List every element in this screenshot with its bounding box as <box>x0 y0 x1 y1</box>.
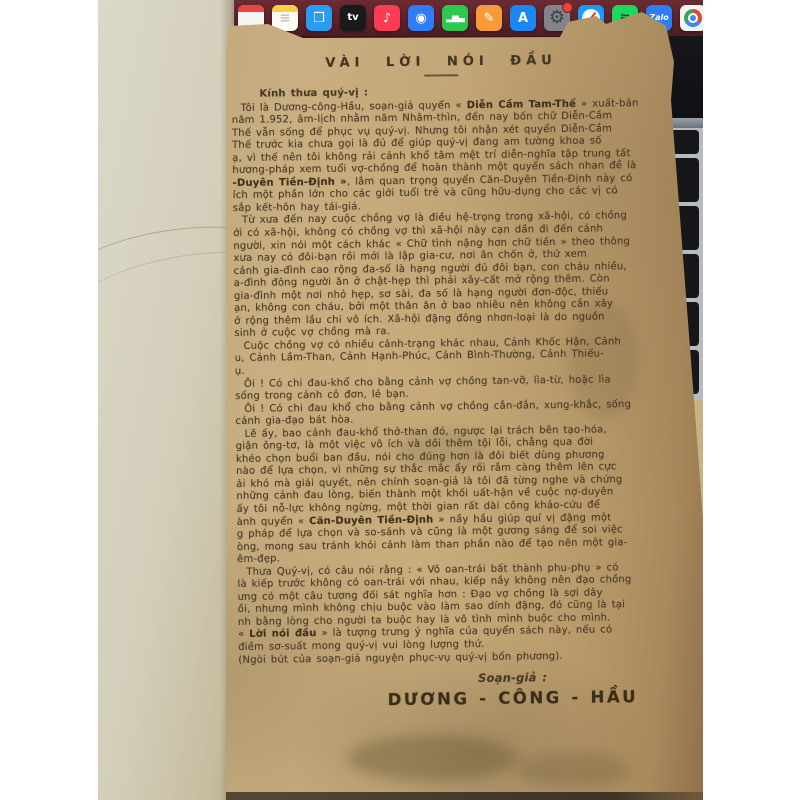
appletv-icon[interactable]: tv <box>340 5 366 31</box>
pages-icon-glyph: ✎ <box>484 12 495 25</box>
paragraph: Từ xưa đến nay cuộc chồng vợ là điều hệ-… <box>233 210 655 341</box>
author-name: DƯƠNG - CÔNG - HẦU <box>373 687 653 709</box>
appstore-icon-glyph: A <box>518 12 528 25</box>
photo-canvas: ≡❒tv♪◉▂▅▃✎A⚙≋Zalo + = <box>0 0 800 800</box>
title-divider <box>424 74 458 76</box>
paragraph: Tôi là Dương-công-Hầu, soạn-giả quyển « … <box>232 97 653 215</box>
paper-stain <box>518 752 628 788</box>
paper-stain <box>348 735 518 781</box>
pages-icon[interactable]: ✎ <box>476 5 502 31</box>
notes-icon-glyph: ≡ <box>280 12 291 25</box>
book-photo: ≡❒tv♪◉▂▅▃✎A⚙≋Zalo + = <box>98 0 703 800</box>
music-icon-glyph: ♪ <box>383 12 391 25</box>
page-title: VÀI LỜI NÓI ĐẦU <box>231 51 651 74</box>
numbers-icon-glyph: ▂▅▃ <box>446 14 464 23</box>
appstore-icon[interactable]: A <box>510 5 536 31</box>
body-text: Tôi là Dương-công-Hầu, soạn-giả quyển « … <box>232 97 659 667</box>
signature-block: Soạn-giả : DƯƠNG - CÔNG - HẦU <box>373 669 653 709</box>
numbers-icon[interactable]: ▂▅▃ <box>442 5 468 31</box>
paragraph: Cuộc chồng vợ có nhiều cảnh-trạng khác n… <box>234 336 654 379</box>
settings-icon-glyph: ⚙ <box>549 9 565 27</box>
paragraph: Thưa Quý-vị, có câu nói rằng : « Vô oan-… <box>237 562 658 667</box>
chrome-icon-glyph <box>684 9 702 27</box>
notification-badge <box>562 2 573 13</box>
notes-icon[interactable]: ≡ <box>272 5 298 31</box>
author-label: Soạn-giả : <box>373 669 653 687</box>
keynote-icon-glyph: ❒ <box>313 12 325 25</box>
preface-text: VÀI LỜI NÓI ĐẦU Kính thưa quý-vị : Tôi l… <box>231 51 659 711</box>
chrome-icon[interactable] <box>680 5 703 31</box>
shortcuts-icon[interactable]: ◉ <box>408 5 434 31</box>
paragraph: Lẽ ấy, bao cảnh đau-khổ thở-than đó, ngư… <box>236 424 658 567</box>
curled-left-page <box>98 0 234 800</box>
shortcuts-icon-glyph: ◉ <box>415 12 426 25</box>
music-icon[interactable]: ♪ <box>374 5 400 31</box>
keynote-icon[interactable]: ❒ <box>306 5 332 31</box>
appletv-icon-glyph: tv <box>347 13 358 23</box>
